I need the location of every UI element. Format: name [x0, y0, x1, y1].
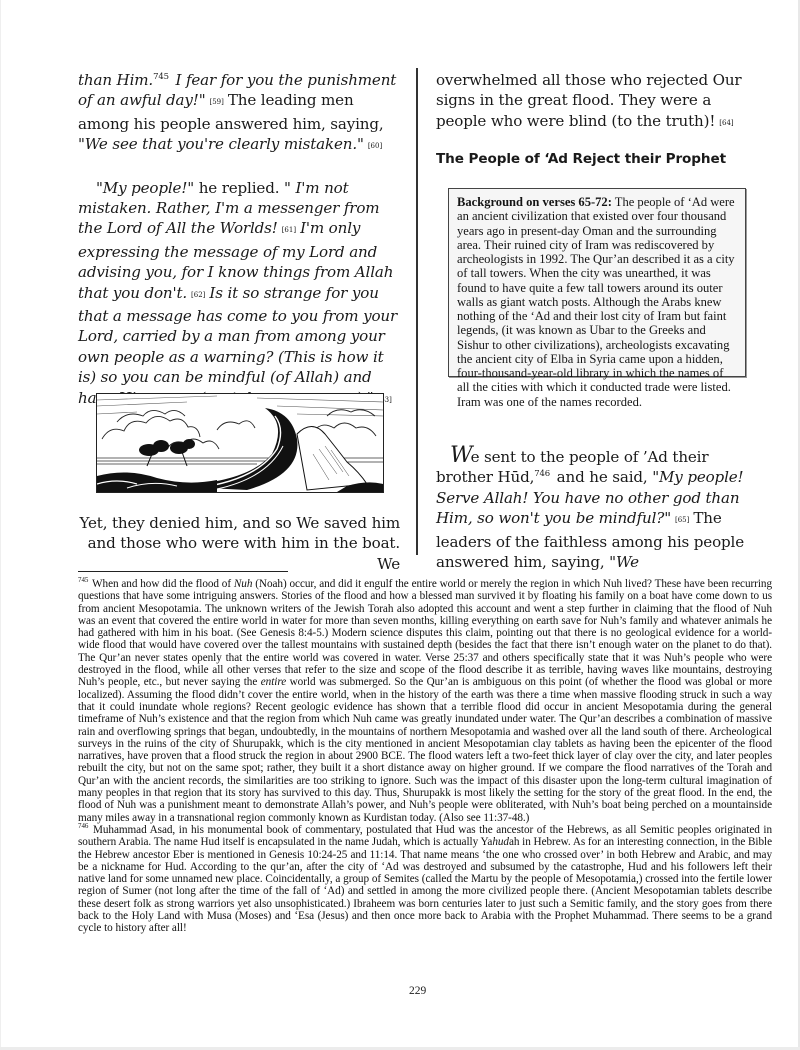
footnotes: 745 When and how did the flood of Nuh (N…	[78, 578, 772, 935]
verse-text: "My people!"	[96, 179, 194, 197]
verse-number: [62]	[191, 291, 205, 299]
verse-text: Is it so strange for you that a message …	[78, 284, 397, 407]
background-box: Background on verses 65-72: The people o…	[448, 188, 746, 377]
verse-text: than Him.	[78, 71, 153, 89]
verse-text: overwhelmed all those who rejected Our s…	[436, 71, 741, 130]
footnote-text: Nuh	[234, 578, 253, 590]
section-heading: The People of ‘Ad Reject their Prophet	[436, 151, 726, 167]
verse-text-block: We sent to the people of ’Ad their broth…	[436, 447, 766, 572]
footnote-number: 745	[78, 576, 88, 584]
page-number: 229	[409, 985, 426, 997]
footnote-745: 745 When and how did the flood of Nuh (N…	[78, 578, 772, 824]
background-text: Background on verses 65-72: The people o…	[457, 195, 738, 409]
verse-paragraph: overwhelmed all those who rejected Our s…	[436, 70, 766, 134]
footnote-text: world was submerged. So the Qur’an is am…	[78, 676, 772, 823]
footnote-number: 746	[78, 822, 88, 830]
verse-text: he replied.	[194, 179, 284, 197]
footnote-rule	[78, 571, 288, 572]
column-divider	[416, 68, 418, 555]
verse-text: and he said,	[552, 468, 652, 486]
verse-text: "We	[609, 553, 639, 571]
verse-number: [64]	[719, 119, 733, 127]
verse-number: [60]	[368, 142, 382, 150]
drop-cap: W	[450, 443, 471, 468]
page-edge	[0, 0, 1, 1050]
verse-paragraph: than Him.745 I fear for you the punishme…	[78, 70, 400, 158]
flood-wave-illustration-icon	[96, 393, 384, 493]
footnote-text: entire	[261, 676, 286, 688]
background-label: Background on verses 65-72:	[457, 195, 612, 209]
verse-text: "We see that you're clearly mistaken."	[78, 135, 364, 153]
verse-paragraph: "My people!" he replied. " I'm not mista…	[78, 178, 400, 411]
verse-number: [59]	[210, 98, 224, 106]
verse-paragraph: Yet, they denied him, and so We saved hi…	[78, 513, 400, 574]
footnote-746: 746 Muhammad Asad, in his monumental boo…	[78, 824, 772, 935]
verse-number: [61]	[282, 226, 296, 234]
right-column: overwhelmed all those who rejected Our s…	[436, 70, 766, 134]
footnote-text: ah in Hebrew. As for an interesting conn…	[78, 836, 772, 934]
background-body: The people of ‘Ad were an ancient civili…	[457, 195, 735, 409]
footnote-text: hud	[492, 836, 509, 848]
verse-paragraph: We sent to the people of ’Ad their broth…	[436, 447, 766, 572]
verse-number: [65]	[675, 516, 689, 524]
footnote-text: (Noah) occur, and did it engulf the enti…	[78, 578, 772, 688]
verse-line: and those who were with him in the boat.…	[78, 533, 400, 574]
footnote-ref[interactable]: 745	[153, 72, 169, 82]
footnote-ref[interactable]: 746	[534, 469, 550, 479]
footnote-text: When and how did the flood of	[89, 578, 234, 590]
verse-line: Yet, they denied him, and so We saved hi…	[78, 513, 400, 533]
left-column: than Him.745 I fear for you the punishme…	[78, 70, 400, 411]
